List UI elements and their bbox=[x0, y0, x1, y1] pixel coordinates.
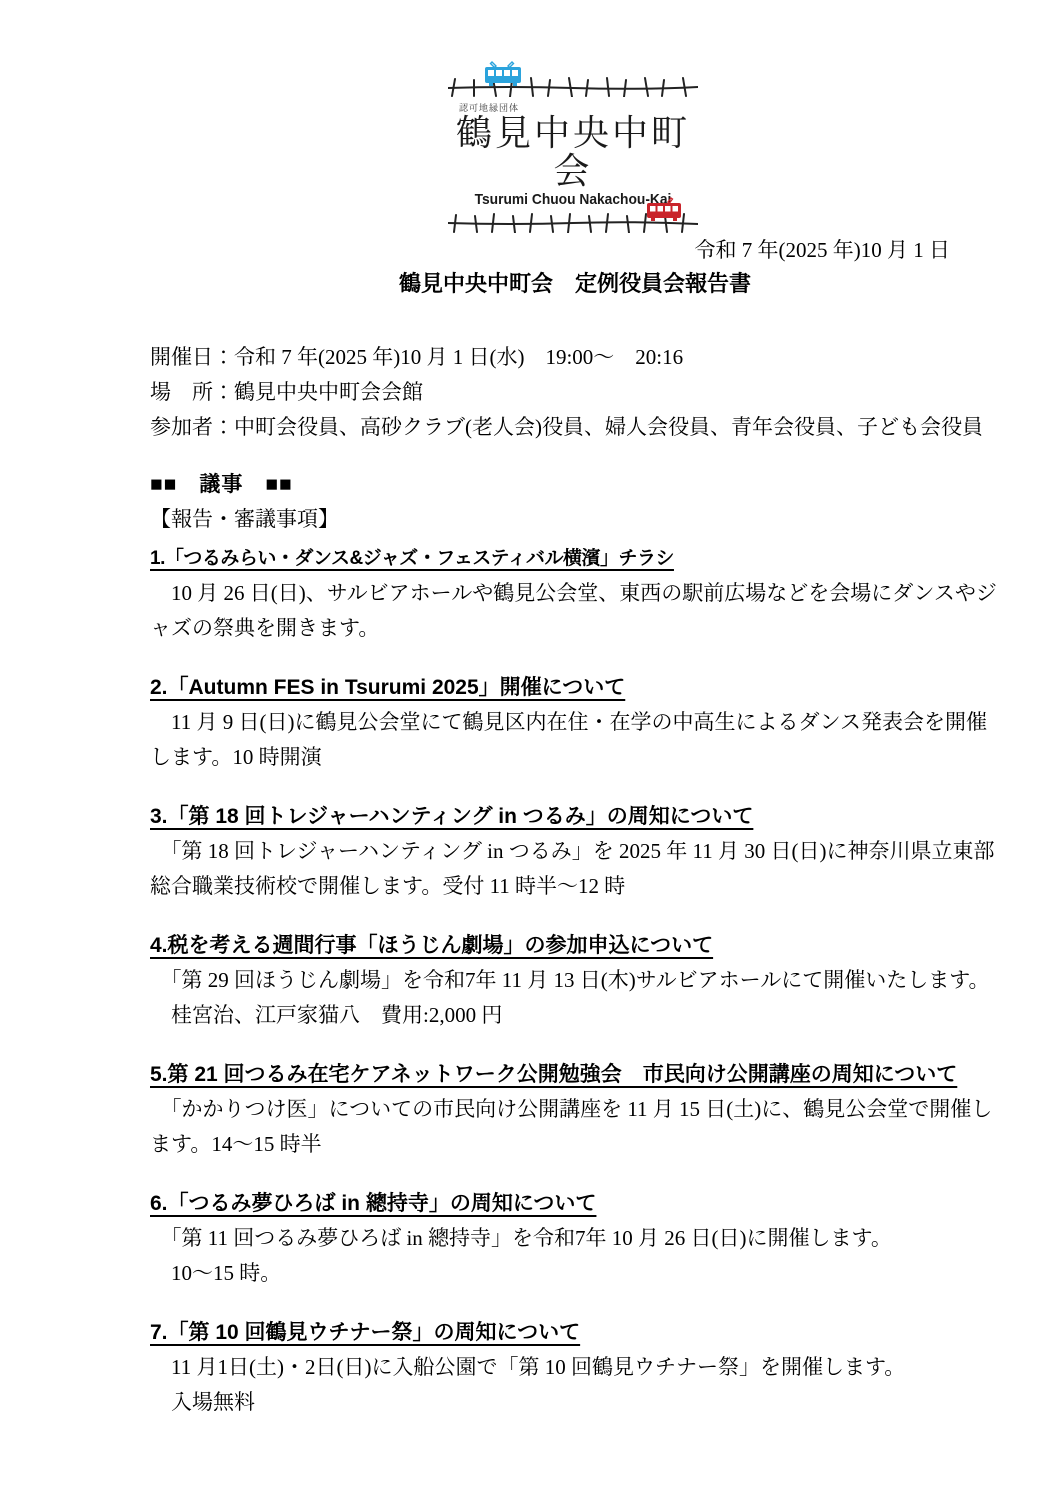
agenda-item-2-body: 11 月 9 日(日)に鶴見公会堂にて鶴見区内在住・在学の中高生によるダンス発表… bbox=[150, 705, 998, 775]
agenda-item-1-body: 10 月 26 日(日)、サルビアホールや鶴見公会堂、東西の駅前広場などを会場に… bbox=[150, 576, 998, 646]
agenda-item-5-body-line: 「かかりつけ医」についての市民向け公開講座を 11 月 15 日(土)に、鶴見公… bbox=[150, 1092, 998, 1162]
agenda-item-2-heading: 2.「Autumn FES in Tsurumi 2025」開催について bbox=[150, 670, 998, 705]
agenda-item-6-body: 「第 11 回つるみ夢ひろば in 總持寺」を令和7年 10 月 26 日(日)… bbox=[150, 1221, 998, 1291]
agenda-item-7-heading: 7.「第 10 回鶴見ウチナー祭」の周知について bbox=[150, 1315, 998, 1350]
agenda-subsection-title: 【報告・審議事項】 bbox=[150, 502, 998, 537]
railway-track-bottom bbox=[448, 211, 698, 233]
agenda-item-7: 7.「第 10 回鶴見ウチナー祭」の周知について 11 月1日(土)・2日(日)… bbox=[150, 1315, 998, 1420]
blue-train-icon bbox=[482, 59, 524, 94]
agenda-item-7-body: 11 月1日(土)・2日(日)に入船公園で「第 10 回鶴見ウチナー祭」を開催し… bbox=[150, 1350, 998, 1420]
document-date: 令和 7 年(2025 年)10 月 1 日 bbox=[0, 235, 950, 265]
agenda-item-3: 3.「第 18 回トレジャーハンティング in つるみ」の周知について 「第 1… bbox=[150, 799, 998, 904]
organization-logo: 認可地縁団体 鶴見中央中町会 Tsurumi Chuou Nakachou-Ka… bbox=[443, 75, 703, 233]
agenda-item-3-body: 「第 18 回トレジャーハンティング in つるみ」を 2025 年 11 月 … bbox=[150, 834, 998, 904]
agenda-item-3-heading: 3.「第 18 回トレジャーハンティング in つるみ」の周知について bbox=[150, 799, 998, 834]
agenda-item-4-body-line: 桂宮治、江戸家猫八 費用:2,000 円 bbox=[150, 998, 998, 1033]
agenda-item-1-heading: 1.「つるみらい・ダンス&ジャズ・フェスティバル横濱」チラシ bbox=[150, 541, 998, 576]
agenda-item-3-body-line: 「第 18 回トレジャーハンティング in つるみ」を 2025 年 11 月 … bbox=[150, 834, 998, 904]
meeting-place-line: 場 所：鶴見中央中町会会館 bbox=[150, 375, 998, 410]
agenda-item-5-heading: 5.第 21 回つるみ在宅ケアネットワーク公開勉強会 市民向け公開講座の周知につ… bbox=[150, 1057, 998, 1092]
agenda-item-2-body-line: 11 月 9 日(日)に鶴見公会堂にて鶴見区内在住・在学の中高生によるダンス発表… bbox=[150, 705, 998, 775]
agenda-item-4-heading: 4.税を考える週間行事「ほうじん劇場」の参加申込について bbox=[150, 928, 998, 963]
agenda-item-7-body-line: 11 月1日(土)・2日(日)に入船公園で「第 10 回鶴見ウチナー祭」を開催し… bbox=[150, 1350, 998, 1385]
document-title: 鶴見中央中町会 定例役員会報告書 bbox=[46, 268, 1058, 300]
org-name: 鶴見中央中町会 bbox=[443, 114, 703, 190]
railway-track-top bbox=[448, 75, 698, 97]
agenda-item-4-body-line: 「第 29 回ほうじん劇場」を令和7年 11 月 13 日(木)サルビアホールに… bbox=[150, 963, 998, 998]
agenda-item-1-body-line: 10 月 26 日(日)、サルビアホールや鶴見公会堂、東西の駅前広場などを会場に… bbox=[150, 576, 998, 646]
agenda-item-5-body: 「かかりつけ医」についての市民向け公開講座を 11 月 15 日(土)に、鶴見公… bbox=[150, 1092, 998, 1162]
agenda-item-6: 6.「つるみ夢ひろば in 總持寺」の周知について 「第 11 回つるみ夢ひろば… bbox=[150, 1186, 998, 1291]
meeting-participants-line: 参加者：中町会役員、高砂クラブ(老人会)役員、婦人会役員、青年会役員、子ども会役… bbox=[150, 410, 998, 445]
document-page: 認可地縁団体 鶴見中央中町会 Tsurumi Chuou Nakachou-Ka… bbox=[0, 0, 1058, 1497]
agenda-item-4-body: 「第 29 回ほうじん劇場」を令和7年 11 月 13 日(木)サルビアホールに… bbox=[150, 963, 998, 1033]
red-train-icon bbox=[644, 196, 684, 229]
agenda-section-title: ■■ 議事 ■■ bbox=[150, 467, 998, 502]
agenda-item-6-body-line: 「第 11 回つるみ夢ひろば in 總持寺」を令和7年 10 月 26 日(日)… bbox=[150, 1221, 998, 1256]
agenda-item-7-body-line: 入場無料 bbox=[150, 1385, 998, 1420]
agenda-item-6-heading: 6.「つるみ夢ひろば in 總持寺」の周知について bbox=[150, 1186, 998, 1221]
agenda-item-6-body-line: 10～15 時。 bbox=[150, 1256, 998, 1291]
agenda-item-5: 5.第 21 回つるみ在宅ケアネットワーク公開勉強会 市民向け公開講座の周知につ… bbox=[150, 1057, 998, 1162]
meeting-date-line: 開催日：令和 7 年(2025 年)10 月 1 日(水) 19:00～ 20:… bbox=[150, 340, 998, 375]
agenda-item-2: 2.「Autumn FES in Tsurumi 2025」開催について 11 … bbox=[150, 670, 998, 775]
meeting-info: 開催日：令和 7 年(2025 年)10 月 1 日(水) 19:00～ 20:… bbox=[150, 340, 998, 445]
agenda-item-4: 4.税を考える週間行事「ほうじん劇場」の参加申込について 「第 29 回ほうじん… bbox=[150, 928, 998, 1033]
document-body: 開催日：令和 7 年(2025 年)10 月 1 日(水) 19:00～ 20:… bbox=[150, 340, 998, 1420]
agenda-item-1: 1.「つるみらい・ダンス&ジャズ・フェスティバル横濱」チラシ 10 月 26 日… bbox=[150, 541, 998, 646]
